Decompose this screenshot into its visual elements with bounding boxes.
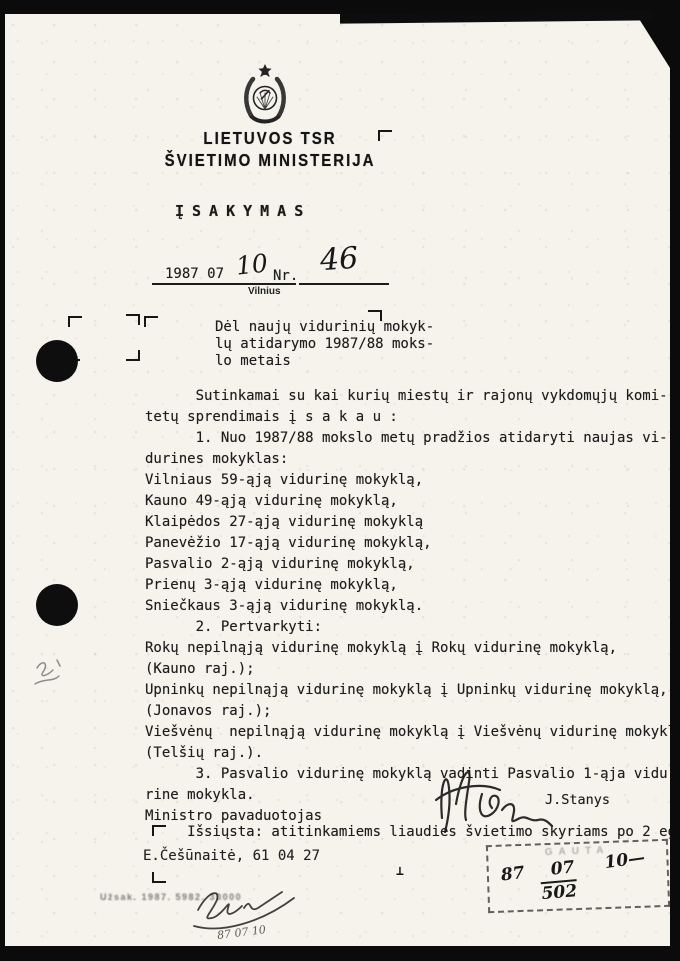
nr-handwritten: 46 [319,241,360,279]
document-page: ◀ LIETUVOS TSR ŠVIETIMO MINISTERIJA ĮSAK… [5,14,670,946]
subject-block: Dėl naujų vidurinių mokyk- lų atidarymo … [215,319,434,370]
distribution-line: Išsiųsta: atitinkamiems liaudies švietim… [145,824,670,840]
executor-line: E.Češūnaitė, 61 04 27 [143,848,320,864]
date-underline [152,283,296,285]
registration-mark: ⊥ [396,864,404,879]
hole-punch [36,340,78,382]
receipt-stamp: GAUTA 87 07 10— 502 [486,839,670,913]
document-type-title: ĮSAKYMAS [175,202,311,220]
registration-mark [144,316,158,327]
hole-punch [36,584,78,626]
registration-mark [126,350,140,361]
coat-of-arms-icon [236,62,294,128]
registration-mark [152,872,166,883]
ministry-line2: ŠVIETIMO MINISTERIJA [110,150,430,172]
signatory-name: J.Stanys [545,792,610,808]
nr-underline [299,283,389,285]
stamp-day: 10— [603,848,646,873]
bottom-signature [190,880,302,932]
order-body-text: Sutinkamai su kai kurių miestų ir rajonų… [145,386,670,827]
stamp-year: 87 [500,863,526,886]
stamp-month: 07 [550,857,576,879]
nr-label: Nr. [273,268,298,284]
registration-mark [68,316,82,327]
city-label: Vilnius [248,286,281,297]
scanned-order-document: { "doc": { "header": { "ministry_line1":… [0,0,680,961]
stamp-number: 502 [541,879,578,904]
corner-fold [636,14,670,68]
margin-scribble [27,646,73,702]
date-day-handwritten: 10 [235,248,270,280]
registration-mark [378,130,392,141]
registration-mark [126,314,140,325]
date-typed: 1987 07 [165,266,224,282]
